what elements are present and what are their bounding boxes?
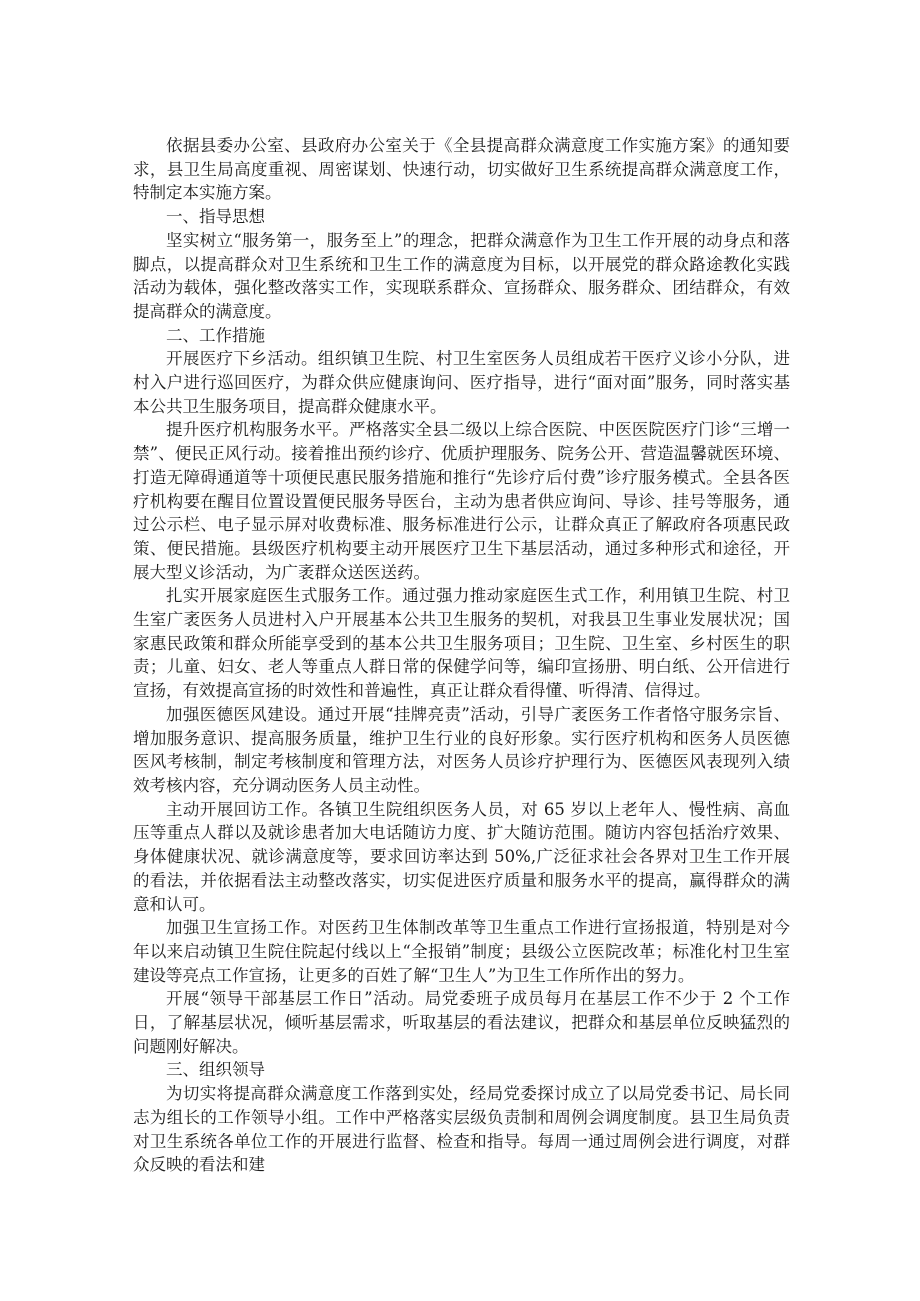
section-heading-guiding-ideology: 一、指导思想 <box>133 205 790 229</box>
document-page: 依据县委办公室、县政府办公室关于《全县提高群众满意度工作实施方案》的通知要求，县… <box>0 0 920 1301</box>
paragraph-medical-outreach: 开展医疗下乡活动。组织镇卫生院、村卫生室医务人员组成若干医疗义诊小分队，进村入户… <box>133 347 790 418</box>
paragraph-health-publicity: 加强卫生宣扬工作。对医药卫生体制改革等卫生重点工作进行宣扬报道，特别是对今年以来… <box>133 916 790 987</box>
intro-paragraph: 依据县委办公室、县政府办公室关于《全县提高群众满意度工作实施方案》的通知要求，县… <box>133 134 790 205</box>
paragraph-return-visits: 主动开展回访工作。各镇卫生院组织医务人员，对 65 岁以上老年人、慢性病、高血压… <box>133 798 790 917</box>
paragraph-service-level: 提升医疗机构服务水平。严格落实全县二级以上综合医院、中医医院医疗门诊“三增一禁”… <box>133 418 790 584</box>
paragraph-family-doctor: 扎实开展家庭医生式服务工作。通过强力推动家庭医生式工作，利用镇卫生院、村卫生室广… <box>133 584 790 703</box>
paragraph-organization-leadership: 为切实将提高群众满意度工作落到实处，经局党委探讨成立了以局党委书记、局长同志为组… <box>133 1082 790 1177</box>
paragraph-guiding-ideology: 坚实树立“服务第一，服务至上”的理念，把群众满意作为卫生工作开展的动身点和落脚点… <box>133 229 790 324</box>
paragraph-medical-ethics: 加强医德医风建设。通过开展“挂牌亮责”活动，引导广袤医务工作者恪守服务宗旨、增加… <box>133 703 790 798</box>
section-heading-work-measures: 二、工作措施 <box>133 324 790 348</box>
section-heading-organization-leadership: 三、组织领导 <box>133 1058 790 1082</box>
paragraph-grassroots-workday: 开展“领导干部基层工作日”活动。局党委班子成员每月在基层工作不少于 2 个工作日… <box>133 987 790 1058</box>
